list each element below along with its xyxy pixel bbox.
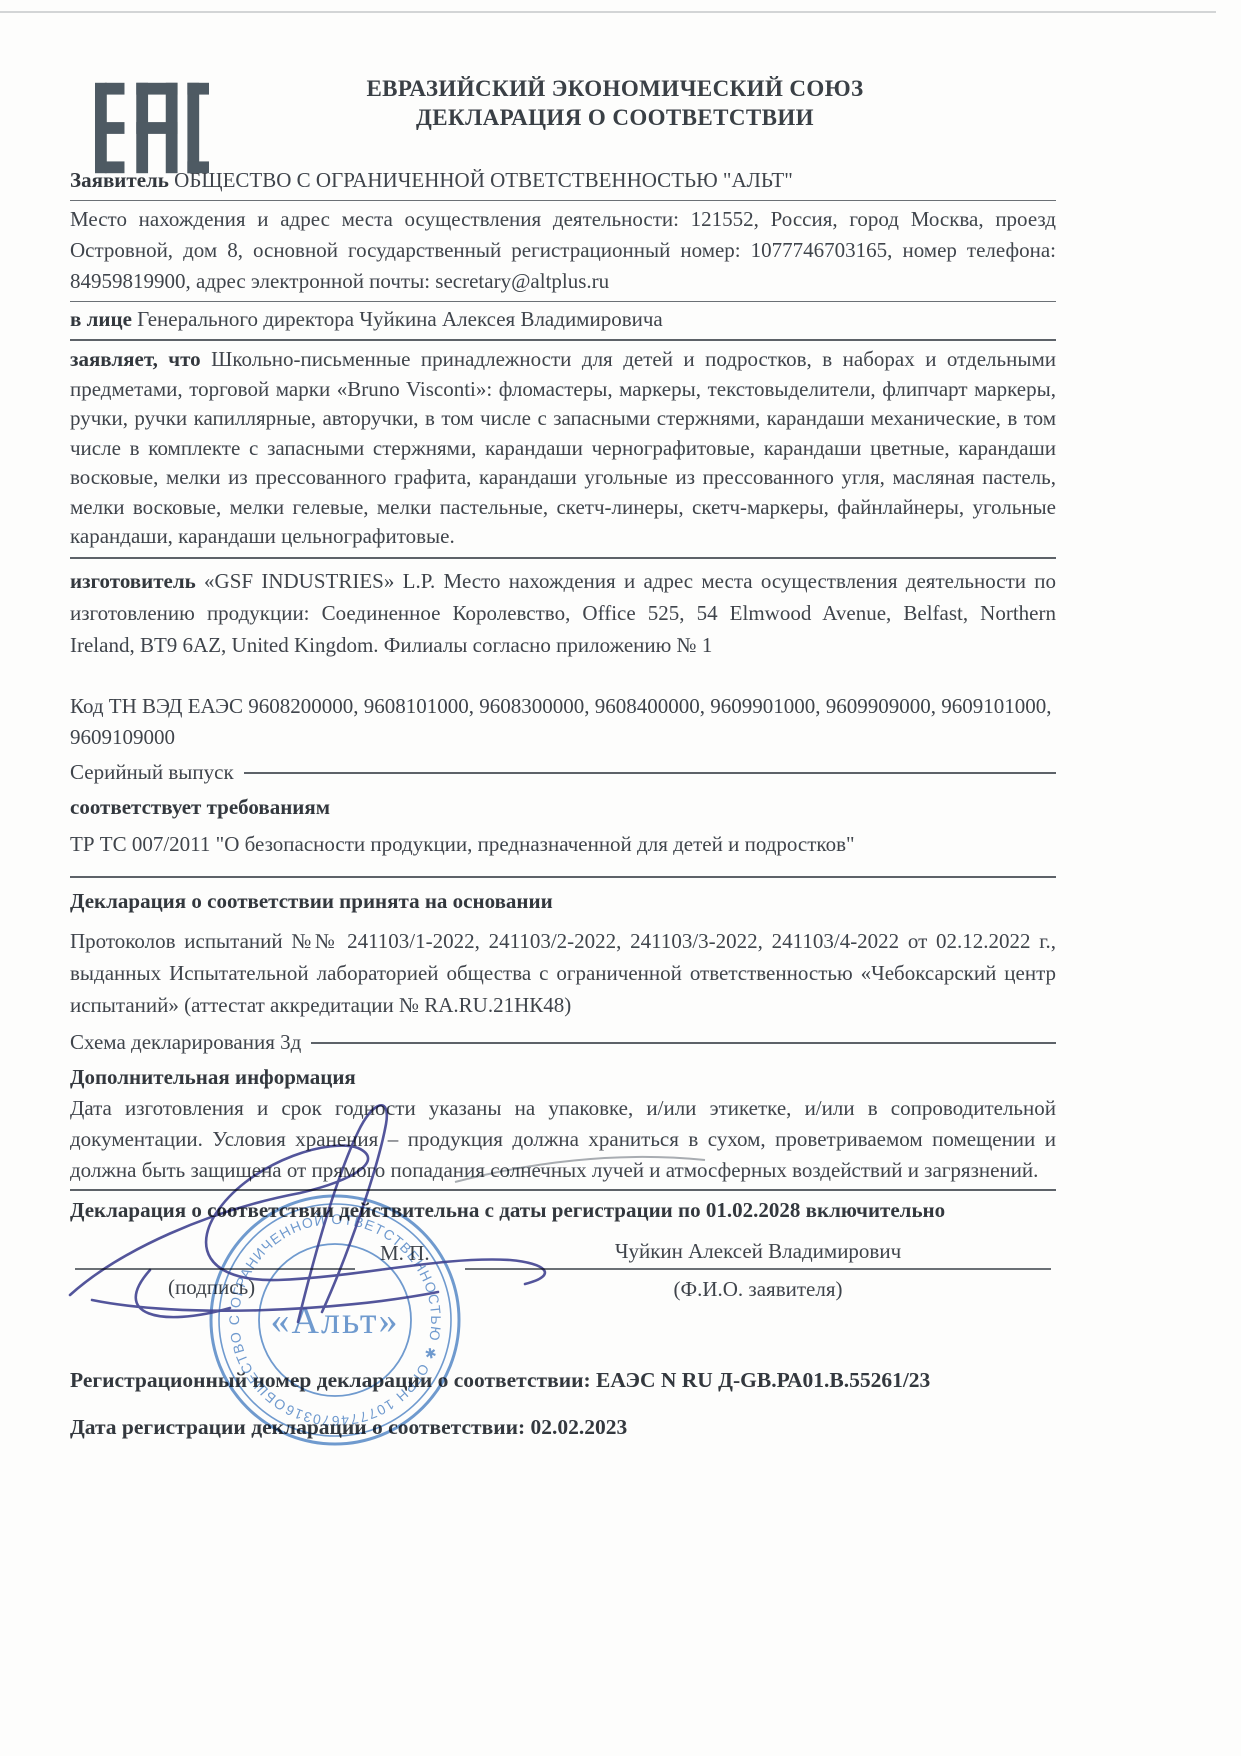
doc-type: ДЕКЛАРАЦИЯ О СООТВЕТСТВИИ (260, 103, 970, 132)
applicant-label: Заявитель (70, 168, 169, 192)
stamp-place-label: М. П. (380, 1241, 430, 1266)
serial-row: Серийный выпуск (70, 757, 1056, 788)
union-name: ЕВРАЗИЙСКИЙ ЭКОНОМИЧЕСКИЙ СОЮЗ (260, 74, 970, 103)
signature-line (75, 1268, 355, 1270)
reg-number-value: ЕАЭС N RU Д-GB.РА01.В.55261/23 (596, 1368, 930, 1392)
registration-block: Регистрационный номер декларации о соотв… (70, 1368, 1056, 1440)
scheme-row: Схема декларирования 3д (70, 1027, 1056, 1058)
reg-date-value: 02.02.2023 (531, 1415, 628, 1439)
in-person-label: в лице (70, 307, 132, 331)
manufacturer-value: «GSF INDUSTRIES» L.P. Место нахождения и… (70, 569, 1056, 657)
reg-date-line: Дата регистрации декларации о соответств… (70, 1415, 1056, 1440)
complies-label: соответствует требованиям (70, 792, 1056, 823)
declares-label: заявляет, что (70, 347, 201, 371)
reg-number-label: Регистрационный номер декларации о соотв… (70, 1368, 591, 1392)
basis-label: Декларация о соответствии принята на осн… (70, 886, 1056, 917)
document-body: Заявитель ОБЩЕСТВО С ОГРАНИЧЕННОЙ ОТВЕТС… (70, 150, 1056, 1226)
manufacturer-label: изготовитель (70, 569, 196, 593)
applicant-fio: Чуйкин Алексей Владимирович (465, 1239, 1051, 1264)
declaration-document: ЕВРАЗИЙСКИЙ ЭКОНОМИЧЕСКИЙ СОЮЗ ДЕКЛАРАЦИ… (0, 0, 1241, 1756)
applicant-row: Заявитель ОБЩЕСТВО С ОГРАНИЧЕННОЙ ОТВЕТС… (70, 164, 1056, 201)
reg-date-label: Дата регистрации декларации о соответств… (70, 1415, 525, 1439)
serial-text: Серийный выпуск (70, 757, 234, 788)
divider-fill (244, 772, 1056, 774)
fio-caption: (Ф.И.О. заявителя) (465, 1277, 1051, 1302)
scheme-text: Схема декларирования 3д (70, 1027, 301, 1058)
applicant-address: Место нахождения и адрес места осуществл… (70, 201, 1056, 302)
declares-paragraph: заявляет, что Школьно-письменные принадл… (70, 341, 1056, 559)
complies-value: ТР ТС 007/2011 "О безопасности продукции… (70, 829, 1056, 860)
reg-number-line: Регистрационный номер декларации о соотв… (70, 1368, 1056, 1393)
tnved-codes: Код ТН ВЭД ЕАЭС 9608200000, 9608101000, … (70, 691, 1056, 753)
basis-value: Протоколов испытаний №№ 241103/1-2022, 2… (70, 925, 1056, 1021)
signature-block: М. П. Чуйкин Алексей Владимирович (подпи… (70, 1185, 1056, 1315)
divider-fill (311, 1042, 1056, 1044)
in-person-value: Генерального директора Чуйкина Алексея В… (137, 307, 663, 331)
in-person-row: в лице Генерального директора Чуйкина Ал… (70, 302, 1056, 341)
applicant-value: ОБЩЕСТВО С ОГРАНИЧЕННОЙ ОТВЕТСТВЕННОСТЬЮ… (174, 168, 793, 192)
manufacturer-paragraph: изготовитель «GSF INDUSTRIES» L.P. Место… (70, 559, 1056, 661)
document-title: ЕВРАЗИЙСКИЙ ЭКОНОМИЧЕСКИЙ СОЮЗ ДЕКЛАРАЦИ… (260, 74, 970, 132)
fio-line (465, 1268, 1051, 1270)
scan-artifact-line (0, 11, 1216, 13)
declares-value: Школьно-письменные принадлежности для де… (70, 347, 1056, 548)
divider (70, 876, 1056, 878)
additional-value: Дата изготовления и срок годности указан… (70, 1093, 1056, 1191)
signature-caption: (подпись) (168, 1275, 255, 1300)
additional-label: Дополнительная информация (70, 1058, 1056, 1093)
